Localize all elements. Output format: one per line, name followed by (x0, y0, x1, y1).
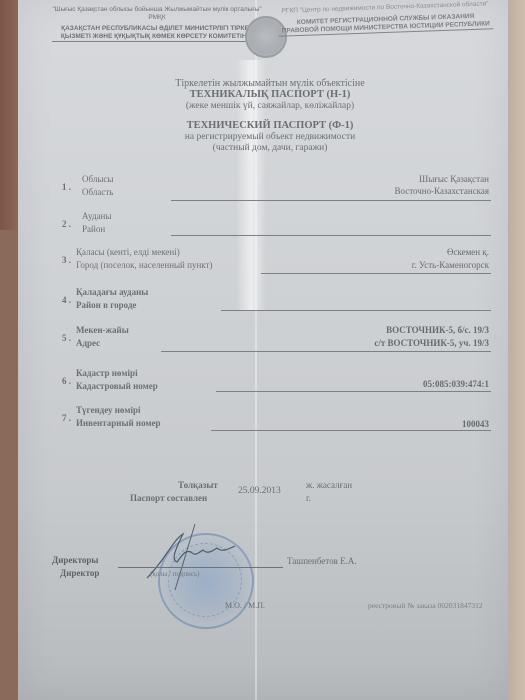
field-label: Мекен-жайы Адрес (76, 324, 129, 350)
field-label: Кадастр нөмірі Кадастровый номер (76, 367, 158, 393)
field-label: Облысы Область (82, 173, 113, 199)
field-underline (211, 430, 491, 431)
field-underline (216, 391, 491, 392)
field-label: Қаласы (кенті, елді мекені) Город (посел… (76, 246, 212, 272)
signature-icon (135, 520, 255, 590)
field-number: 7 . (62, 413, 71, 423)
label-ru: Адрес (76, 337, 129, 350)
title-ru-line3: (частный дом, дачи, гаражи) (120, 143, 420, 154)
compiled-label-kz: Толқазыт (178, 480, 218, 490)
field-underline (171, 235, 491, 236)
director-name: Ташпенбетов Е.А. (287, 556, 357, 566)
title-ru-line1: ТЕХНИЧЕСКИЙ ПАСПОРТ (Ф-1) (120, 120, 420, 132)
field-value-ru: с/т ВОСТОЧНИК-5, уч. 19/3 (374, 337, 489, 350)
field-number: 3 . (62, 255, 71, 265)
field-underline (221, 310, 491, 311)
compiled-date: 25.09.2013 (238, 486, 281, 496)
title-kz-line3: (жеке меншік үй, саяжайлар, көліжайлар) (120, 101, 420, 112)
field-number: 1 . (62, 182, 71, 192)
seal-label: М.О. / М.П. (225, 601, 265, 610)
field-city-district: 4 . Қаладағы ауданы Район в городе (62, 286, 507, 322)
registry-order-number: реестровый № заказа 002031847312 (368, 601, 483, 610)
title-ru-line2: на регистрируемый объект недвижимости (120, 132, 420, 143)
label-kz: Қаладағы ауданы (76, 286, 148, 299)
title-kz-line1: Тіркелетін жылжымайтын мүлік объектісіне (120, 78, 420, 89)
field-value-ru: Восточно-Казахстанская (394, 185, 489, 198)
field-city: 3 . Қаласы (кенті, елді мекені) Город (п… (62, 246, 507, 282)
label-kz: Кадастр нөмірі (76, 367, 158, 380)
label-ru: Район в городе (76, 299, 148, 312)
field-label: Түгендеу нөмірі Инвентарный номер (76, 404, 161, 430)
field-value-ru: г. Усть-Каменогорск (412, 259, 489, 272)
field-cadastral-number: 6 . Кадастр нөмірі Кадастровый номер 05:… (62, 367, 507, 403)
label-kz: Облысы (82, 173, 113, 186)
header-left-org: "Шығыс Қазақстан облысы бойынша Жылжымай… (52, 6, 262, 22)
signature-line (118, 567, 283, 568)
field-underline (161, 351, 491, 352)
label-kz: Ауданы (82, 210, 111, 223)
director-label-kz: Директоры (52, 555, 98, 565)
field-underline (171, 200, 491, 201)
field-label: Ауданы Район (82, 210, 111, 236)
label-kz: Мекен-жайы (76, 324, 129, 337)
signature-caption: (қолы / подпись) (150, 570, 200, 578)
field-underline (261, 273, 491, 274)
field-number: 2 . (62, 219, 71, 229)
document-title: Тіркелетін жылжымайтын мүлік объектісіне… (120, 78, 420, 154)
header-left: "Шығыс Қазақстан облысы бойынша Жылжымай… (52, 6, 262, 42)
field-district: 2 . Ауданы Район (62, 210, 507, 246)
compiled-suffix-kz: ж. жасалған (306, 480, 352, 490)
field-number: 5 . (62, 333, 71, 343)
label-kz: Түгендеу нөмірі (76, 404, 161, 417)
field-address: 5 . Мекен-жайы Адрес ВОСТОЧНИК-5, б/с. 1… (62, 324, 507, 360)
field-number: 4 . (62, 295, 71, 305)
label-ru: Район (82, 223, 111, 236)
field-value-kz: ВОСТОЧНИК-5, б/с. 19/3 (386, 324, 489, 337)
compiled-label-ru: Паспорт составлен (130, 493, 207, 503)
field-label: Қаладағы ауданы Район в городе (76, 286, 148, 312)
label-ru: Город (поселок, населенный пункт) (76, 259, 212, 272)
label-ru: Область (82, 186, 113, 199)
field-number: 6 . (62, 376, 71, 386)
label-ru: Кадастровый номер (76, 380, 158, 393)
title-kz-line2: ТЕХНИКАЛЫҚ ПАСПОРТ (Н-1) (120, 89, 420, 101)
field-region: 1 . Облысы Область Шығыс Қазақстан Восто… (62, 173, 507, 209)
compiled-suffix-ru: г. (306, 493, 311, 503)
header-left-committee: ҚАЗАҚСТАН РЕСПУБЛИКАСЫ ӘДІЛЕТ МИНИСТРЛІГ… (52, 25, 262, 42)
label-kz: Қаласы (кенті, елді мекені) (76, 246, 212, 259)
field-value: 05:085:039:474:1 (423, 378, 489, 391)
label-ru: Инвентарный номер (76, 417, 161, 430)
field-inventory-number: 7 . Түгендеу нөмірі Инвентарный номер 10… (62, 404, 507, 440)
field-value-kz: Өскемен қ. (447, 246, 489, 259)
director-label-ru: Директор (60, 568, 99, 578)
